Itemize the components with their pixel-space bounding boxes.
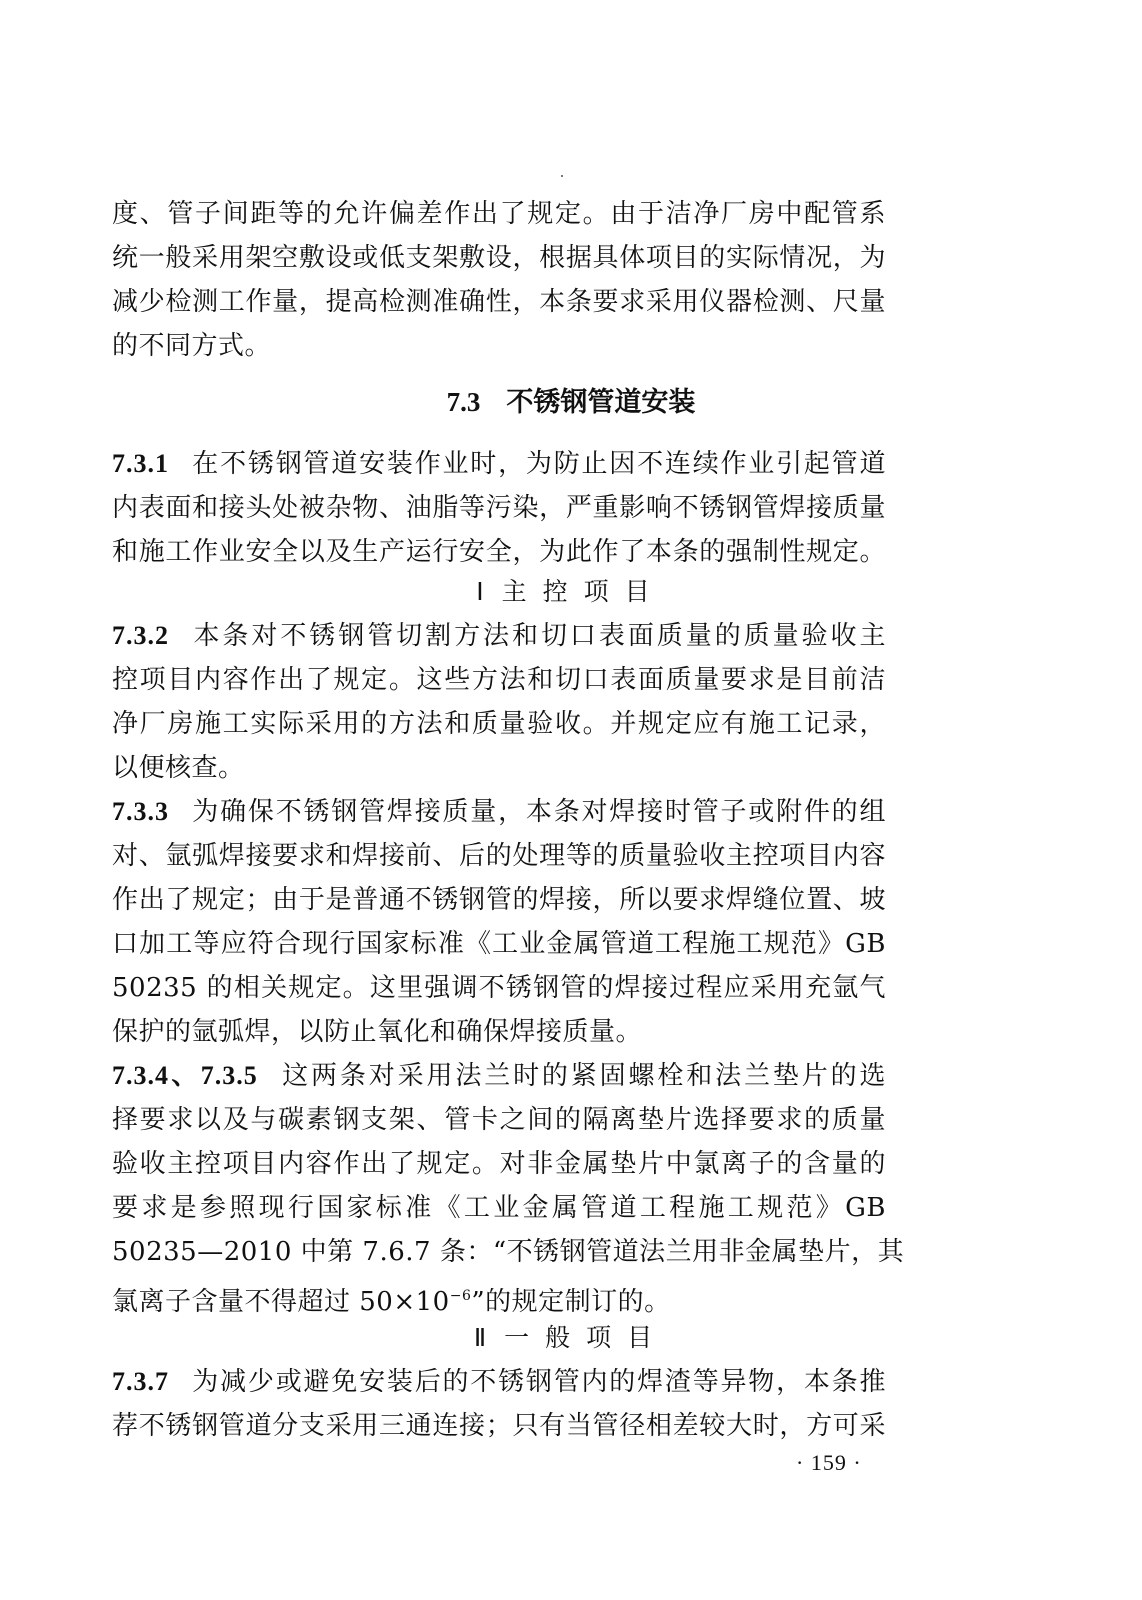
document-page: 度、管子间距等的允许偏差作出了规定。由于洁净厂房中配管系 统一般采用架空敷设或低… [0, 0, 1142, 1600]
section-title: 7.3不锈钢管道安装 [0, 380, 1142, 424]
subheading-text: 一般项目 [504, 1323, 668, 1352]
clause-line: 验收主控项目内容作出了规定。对非金属垫片中氯离子的含量的 [112, 1142, 886, 1186]
clause-line: 以便核查。 [112, 746, 886, 790]
section-title-text: 不锈钢管道安装 [506, 387, 695, 418]
clause-number: 7.3.7 [112, 1367, 169, 1396]
subheading-text: 主控项目 [502, 577, 666, 606]
clause-text: 这两条对采用法兰时的紧固螺栓和法兰垫片的选 [280, 1061, 886, 1091]
clause-line: 控项目内容作出了规定。这些方法和切口表面质量要求是目前洁 [112, 658, 886, 702]
clause-text: ”的规定制订的。 [471, 1287, 670, 1317]
clause-line: 50235—2010 中第 7.6.7 条：“不锈钢管道法兰用非金属垫片，其 [112, 1230, 886, 1274]
clause-line: 净厂房施工实际采用的方法和质量验收。并规定应有施工记录， [112, 702, 886, 746]
clause-7-3-2: 7.3.2本条对不锈钢管切割方法和切口表面质量的质量验收主 [112, 614, 886, 658]
clause-text: 氯离子含量不得超过 50×10 [112, 1287, 450, 1317]
roman-numeral: Ⅱ [474, 1325, 486, 1352]
clause-number: 7.3.1 [112, 449, 169, 478]
subheading-general-items: Ⅱ一般项目 [0, 1316, 1142, 1360]
clause-line: 保护的氩弧焊，以防止氧化和确保焊接质量。 [112, 1010, 886, 1054]
intro-line: 的不同方式。 [112, 324, 886, 368]
clause-line-with-superscript: 氯离子含量不得超过 50×10−6”的规定制订的。 [112, 1274, 886, 1318]
page-number: · 159 · [796, 1448, 862, 1478]
clause-text: 为减少或避免安装后的不锈钢管内的焊渣等异物，本条推 [191, 1367, 886, 1397]
clause-line: 50235 的相关规定。这里强调不锈钢管的焊接过程应采用充氩气 [112, 966, 886, 1010]
clause-line: 对、氩弧焊接要求和焊接前、后的处理等的质量验收主控项目内容 [112, 834, 886, 878]
clause-number: 7.3.4、7.3.5 [112, 1061, 258, 1090]
exponent: −6 [450, 1288, 472, 1304]
clause-text: 在不锈钢管道安装作业时，为防止因不连续作业引起管道 [191, 449, 886, 479]
intro-line: 统一般采用架空敷设或低支架敷设，根据具体项目的实际情况，为 [112, 236, 886, 280]
roman-numeral: Ⅰ [476, 579, 483, 606]
clause-line: 口加工等应符合现行国家标准《工业金属管道工程施工规范》GB [112, 922, 886, 966]
clause-line: 内表面和接头处被杂物、油脂等污染，严重影响不锈钢管焊接质量 [112, 486, 886, 530]
clause-7-3-1: 7.3.1在不锈钢管道安装作业时，为防止因不连续作业引起管道 [112, 442, 886, 486]
scan-speck [561, 175, 563, 177]
intro-line: 度、管子间距等的允许偏差作出了规定。由于洁净厂房中配管系 [112, 192, 886, 236]
intro-line: 减少检测工作量，提高检测准确性，本条要求采用仪器检测、尺量 [112, 280, 886, 324]
clause-line: 和施工作业安全以及生产运行安全，为此作了本条的强制性规定。 [112, 530, 886, 574]
subheading-main-control-items: Ⅰ主控项目 [0, 570, 1142, 614]
clause-7-3-7: 7.3.7为减少或避免安装后的不锈钢管内的焊渣等异物，本条推 [112, 1360, 886, 1404]
clause-line: 作出了规定；由于是普通不锈钢管的焊接，所以要求焊缝位置、坡 [112, 878, 886, 922]
clause-line: 荐不锈钢管道分支采用三通连接；只有当管径相差较大时，方可采 [112, 1404, 886, 1448]
clause-line: 要求是参照现行国家标准《工业金属管道工程施工规范》GB [112, 1186, 886, 1230]
clause-number: 7.3.2 [112, 621, 169, 650]
clause-text: 本条对不锈钢管切割方法和切口表面质量的质量验收主 [191, 621, 886, 651]
clause-7-3-3: 7.3.3为确保不锈钢管焊接质量，本条对焊接时管子或附件的组 [112, 790, 886, 834]
clause-7-3-4-7-3-5: 7.3.4、7.3.5这两条对采用法兰时的紧固螺栓和法兰垫片的选 [112, 1054, 886, 1098]
clause-number: 7.3.3 [112, 797, 169, 826]
clause-text: 为确保不锈钢管焊接质量，本条对焊接时管子或附件的组 [191, 797, 886, 827]
clause-line: 择要求以及与碳素钢支架、管卡之间的隔离垫片选择要求的质量 [112, 1098, 886, 1142]
section-number: 7.3 [447, 387, 481, 417]
